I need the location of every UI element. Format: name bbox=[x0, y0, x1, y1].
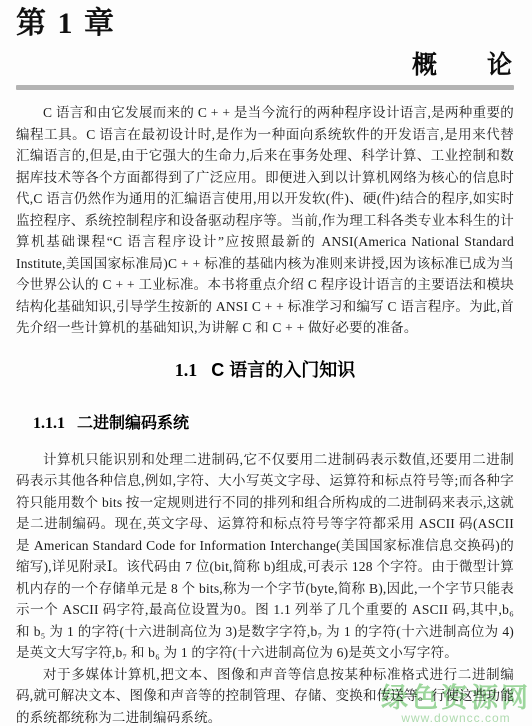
chapter-title: 概 论 bbox=[16, 50, 514, 80]
book-page: 第 1 章 概 论 C 语言和由它发展而来的 C + + 是当今流行的两种程序设… bbox=[0, 0, 532, 726]
section-title: C 语言的入门知识 bbox=[211, 360, 355, 380]
intro-paragraph: C 语言和由它发展而来的 C + + 是当今流行的两种程序设计语言,是两种重要的… bbox=[16, 102, 514, 339]
multimedia-paragraph: 对于多媒体计算机,把文本、图像和声音等信息按某种标准格式进行二进制编码,就可解决… bbox=[16, 664, 514, 726]
section-number: 1.1 bbox=[175, 360, 198, 380]
subsection-title: 二进制编码系统 bbox=[77, 415, 189, 432]
subsection-heading: 1.1.1二进制编码系统 bbox=[16, 413, 514, 435]
binary-coding-paragraph: 计算机只能识别和处理二进制码,它不仅要用二进制码表示数值,还要用二进制码表示其他… bbox=[16, 449, 514, 664]
chapter-number: 第 1 章 bbox=[16, 4, 514, 44]
header-divider bbox=[16, 85, 514, 90]
subsection-number: 1.1.1 bbox=[33, 415, 65, 432]
section-heading: 1.1C 语言的入门知识 bbox=[16, 357, 514, 383]
